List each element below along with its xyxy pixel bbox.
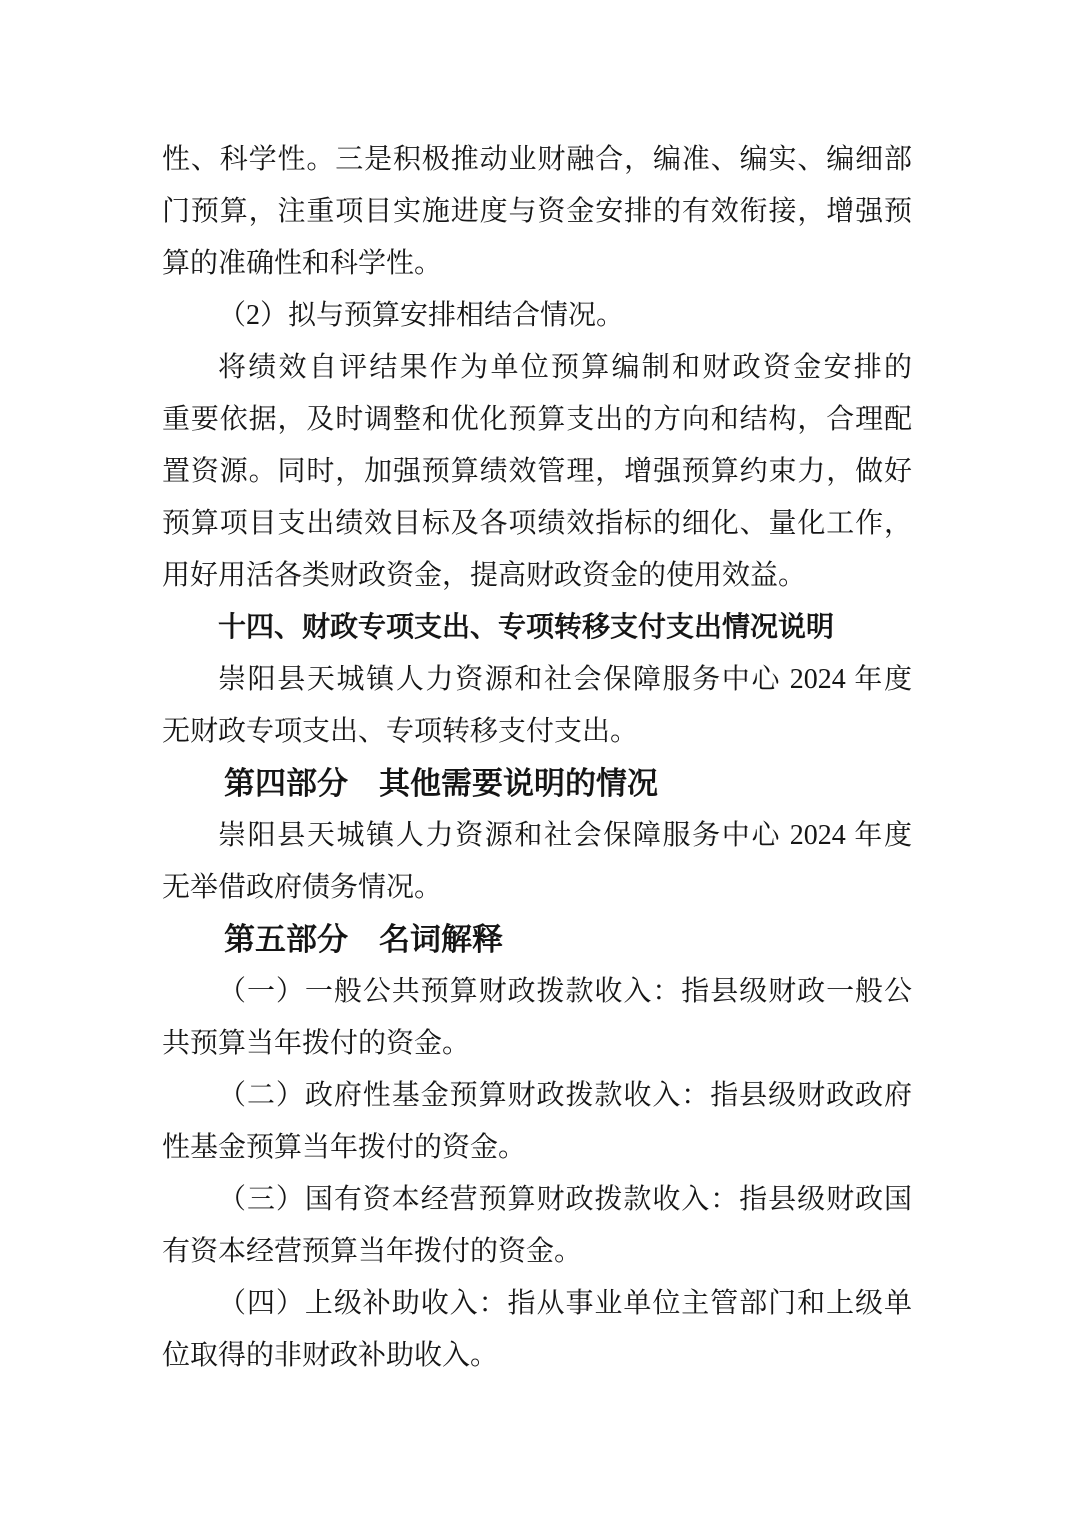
body-line: 门预算，注重项目实施进度与资金安排的有效衔接，增强预 [162, 186, 912, 238]
body-line: 共预算当年拨付的资金。 [162, 1018, 912, 1070]
body-line: 用好用活各类财政资金，提高财政资金的使用效益。 [162, 550, 912, 602]
body-line: 无举借政府债务情况。 [162, 862, 912, 914]
body-line: （三）国有资本经营预算财政拨款收入：指县级财政国 [162, 1174, 912, 1226]
document-body: 性、科学性。三是积极推动业财融合，编准、编实、编细部 门预算，注重项目实施进度与… [162, 134, 912, 1382]
body-line: 预算项目支出绩效目标及各项绩效指标的细化、量化工作， [162, 498, 912, 550]
heading-part4-other-explanations: 第四部分 其他需要说明的情况 [162, 758, 912, 810]
body-line: 崇阳县天城镇人力资源和社会保障服务中心 2024 年度 [162, 810, 912, 862]
body-line: 算的准确性和科学性。 [162, 238, 912, 290]
body-line: （2）拟与预算安排相结合情况。 [162, 290, 912, 342]
document-page: 性、科学性。三是积极推动业财融合，编准、编实、编细部 门预算，注重项目实施进度与… [0, 0, 1074, 1520]
body-line: 无财政专项支出、专项转移支付支出。 [162, 706, 912, 758]
body-line: 将绩效自评结果作为单位预算编制和财政资金安排的 [162, 342, 912, 394]
body-line: 置资源。同时，加强预算绩效管理，增强预算约束力，做好 [162, 446, 912, 498]
body-line: （一）一般公共预算财政拨款收入：指县级财政一般公 [162, 966, 912, 1018]
body-line: 有资本经营预算当年拨付的资金。 [162, 1226, 912, 1278]
body-line: （四）上级补助收入：指从事业单位主管部门和上级单 [162, 1278, 912, 1330]
heading-part5-glossary: 第五部分 名词解释 [162, 914, 912, 966]
body-line: 重要依据，及时调整和优化预算支出的方向和结构，合理配 [162, 394, 912, 446]
body-line: 位取得的非财政补助收入。 [162, 1330, 912, 1382]
heading-14-special-expenditure: 十四、财政专项支出、专项转移支付支出情况说明 [162, 602, 912, 654]
body-line: 崇阳县天城镇人力资源和社会保障服务中心 2024 年度 [162, 654, 912, 706]
body-line: （二）政府性基金预算财政拨款收入：指县级财政政府 [162, 1070, 912, 1122]
body-line: 性、科学性。三是积极推动业财融合，编准、编实、编细部 [162, 134, 912, 186]
body-line: 性基金预算当年拨付的资金。 [162, 1122, 912, 1174]
